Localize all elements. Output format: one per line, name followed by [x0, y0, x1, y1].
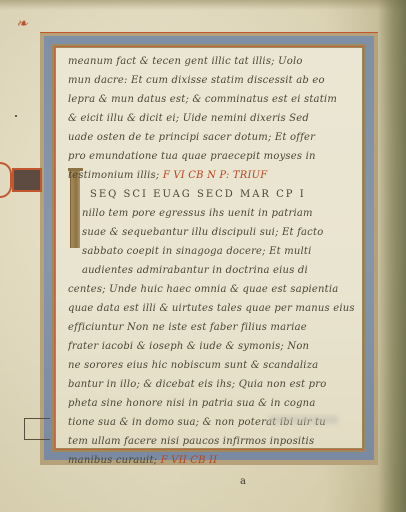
rubric: F VII CB II [157, 455, 217, 466]
margin-bracket-mark [24, 418, 50, 440]
ornament-box [12, 168, 42, 192]
page-marker: a [240, 476, 246, 487]
binding-gutter [378, 0, 406, 512]
ornament-arc [0, 162, 12, 198]
text-line: frater iacobi & ioseph & iude & symonis;… [68, 337, 358, 356]
text-line: suae & sequebantur illu discipuli sui; E… [68, 223, 358, 242]
margin-initial-ornament [0, 160, 42, 196]
text-line: audientes admirabantur in doctrina eius … [68, 261, 358, 280]
text-line: efficiuntur Non ne iste est faber filius… [68, 318, 358, 337]
text-line-with-rubric: testimonium illis; F VI CB N P: TRIUF [68, 166, 358, 185]
text-line: centes; Unde huic haec omnia & quae est … [68, 280, 358, 299]
text-line: bantur in illo; & dicebat eis ihs; Quia … [68, 375, 358, 394]
text-line: tem ullam facere nisi paucos infirmos in… [68, 432, 358, 451]
page-top-edge [0, 0, 406, 10]
text-line: uade osten de te principi sacer dotum; E… [68, 128, 358, 147]
text-line: meanum fact & tecen gent illic tat illis… [68, 52, 358, 71]
text-line: nillo tem pore egressus ihs uenit in pat… [68, 204, 358, 223]
text-line: pheta sine honore nisi in patria sua & i… [68, 394, 358, 413]
text-line-with-rubric: manibus curauit; F VII CB II [68, 451, 358, 470]
text-line: & eicit illu & dicit ei; Uide nemini dix… [68, 109, 358, 128]
manuscript-text: meanum fact & tecen gent illic tat illis… [68, 52, 358, 470]
text-line: sabbato coepit in sinagoga docere; Et mu… [68, 242, 358, 261]
margin-dot [15, 115, 17, 117]
text-line: ne sorores eius hic nobiscum sunt & scan… [68, 356, 358, 375]
text-line: mun dacre: Et cum dixisse statim discess… [68, 71, 358, 90]
text-line: lepra & mun datus est; & comminatus est … [68, 90, 358, 109]
gospel-heading: SEQ SCI EUAG SECD MAR CP I [68, 185, 358, 204]
rubric: F VI CB N P: TRIUF [159, 170, 267, 181]
text-line: quae data est illi & uirtutes tales quae… [68, 299, 358, 318]
text-line: pro emundatione tua quae praecepit moyse… [68, 147, 358, 166]
faded-erasure [268, 416, 338, 424]
corner-flourish-icon: ❧ [16, 16, 36, 32]
